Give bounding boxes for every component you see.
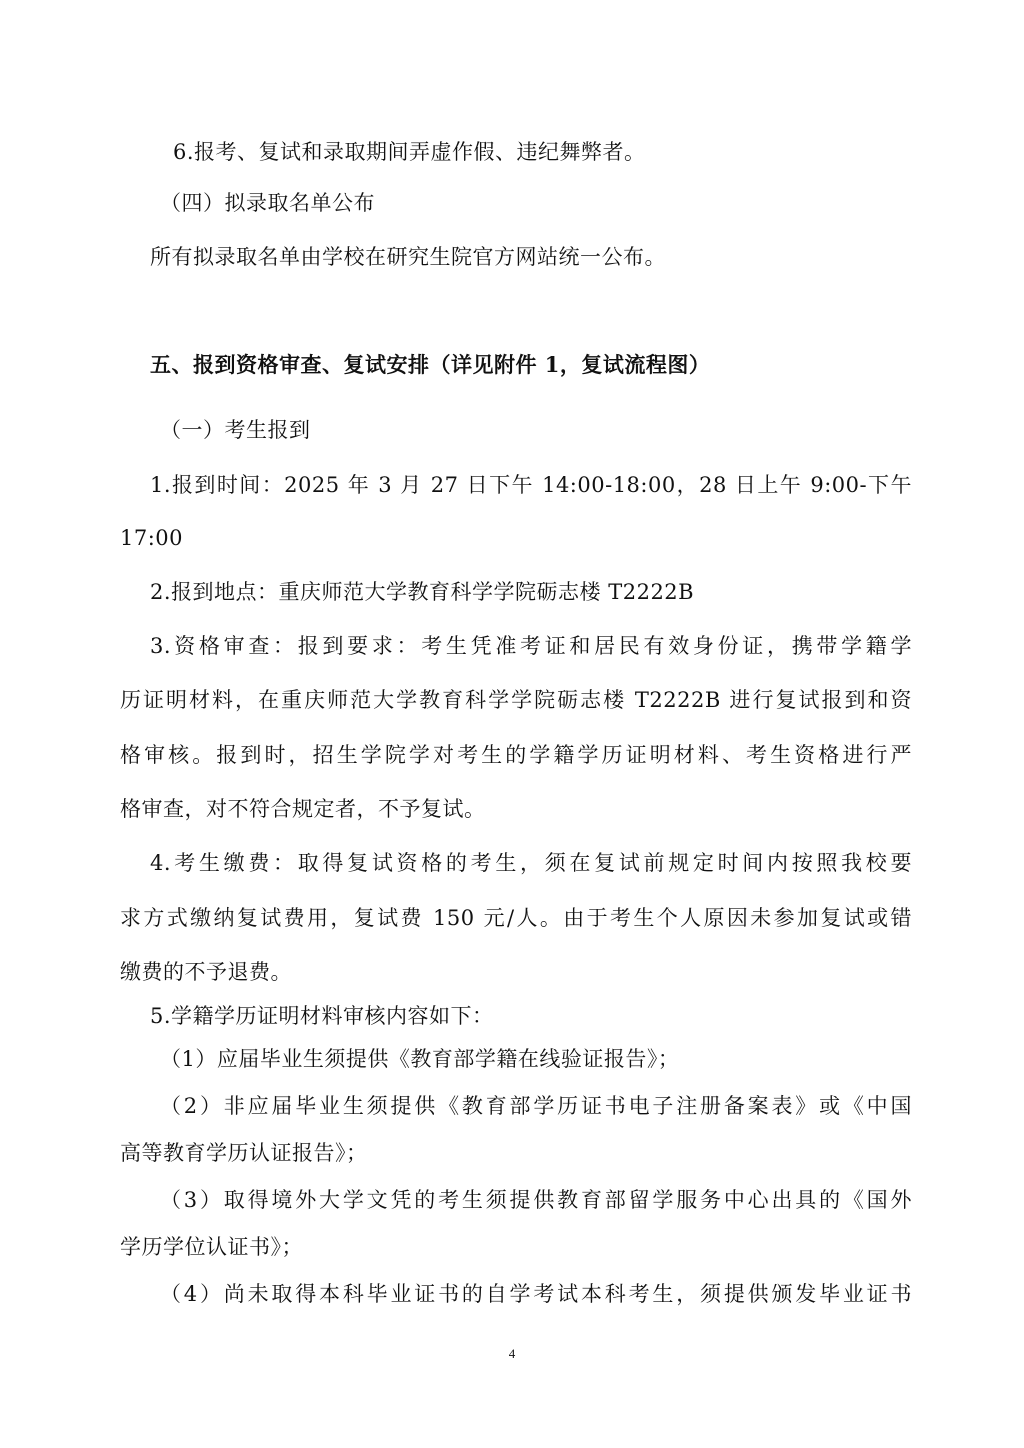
paragraph-line: 学历学位认证书》；: [120, 1233, 303, 1261]
paragraph-line: 2.报到地点：重庆师范大学教育科学学院砺志楼 T2222B: [150, 578, 694, 606]
paragraph-line: 4.考生缴费：取得复试资格的考生，须在复试前规定时间内按照我校要: [150, 849, 912, 877]
paragraph-line: 格审核。报到时，招生学院学对考生的学籍学历证明材料、考生资格进行严: [120, 741, 912, 769]
paragraph-line: 3.资格审查：报到要求：考生凭准考证和居民有效身份证，携带学籍学: [150, 632, 912, 660]
paragraph-line: （4）尚未取得本科毕业证书的自学考试本科考生，须提供颁发毕业证书: [160, 1280, 912, 1308]
paragraph-line: 1.报到时间：2025 年 3 月 27 日下午 14:00-18:00，28 …: [150, 471, 912, 499]
paragraph-line: 6.报考、复试和录取期间弄虚作假、违纪舞弊者。: [173, 138, 646, 166]
paragraph-line: 所有拟录取名单由学校在研究生院官方网站统一公布。: [150, 243, 666, 271]
paragraph-line: 格审查，对不符合规定者，不予复试。: [120, 795, 486, 823]
document-page: 6.报考、复试和录取期间弄虚作假、违纪舞弊者。（四）拟录取名单公布所有拟录取名单…: [0, 0, 1024, 1448]
paragraph-line: （1）应届毕业生须提供《教育部学籍在线验证报告》；: [160, 1045, 679, 1073]
paragraph-line: 求方式缴纳复试费用，复试费 150 元/人。由于考生个人原因未参加复试或错: [120, 904, 912, 932]
paragraph-line: 17:00: [120, 524, 183, 552]
paragraph-line: （2）非应届毕业生须提供《教育部学历证书电子注册备案表》或《中国: [160, 1092, 912, 1120]
paragraph-line: 高等教育学历认证报告》；: [120, 1139, 368, 1167]
paragraph-line: 历证明材料，在重庆师范大学教育科学学院砺志楼 T2222B 进行复试报到和资: [120, 686, 912, 714]
section-heading: 五、报到资格审查、复试安排（详见附件 1，复试流程图）: [150, 351, 710, 379]
paragraph-line: 缴费的不予退费。: [120, 958, 292, 986]
page-number: 4: [0, 1346, 1024, 1362]
paragraph-line: （一）考生报到: [160, 416, 311, 444]
paragraph-line: 5.学籍学历证明材料审核内容如下：: [150, 1002, 494, 1030]
paragraph-line: （四）拟录取名单公布: [160, 189, 375, 217]
paragraph-line: （3）取得境外大学文凭的考生须提供教育部留学服务中心出具的《国外: [160, 1186, 912, 1214]
